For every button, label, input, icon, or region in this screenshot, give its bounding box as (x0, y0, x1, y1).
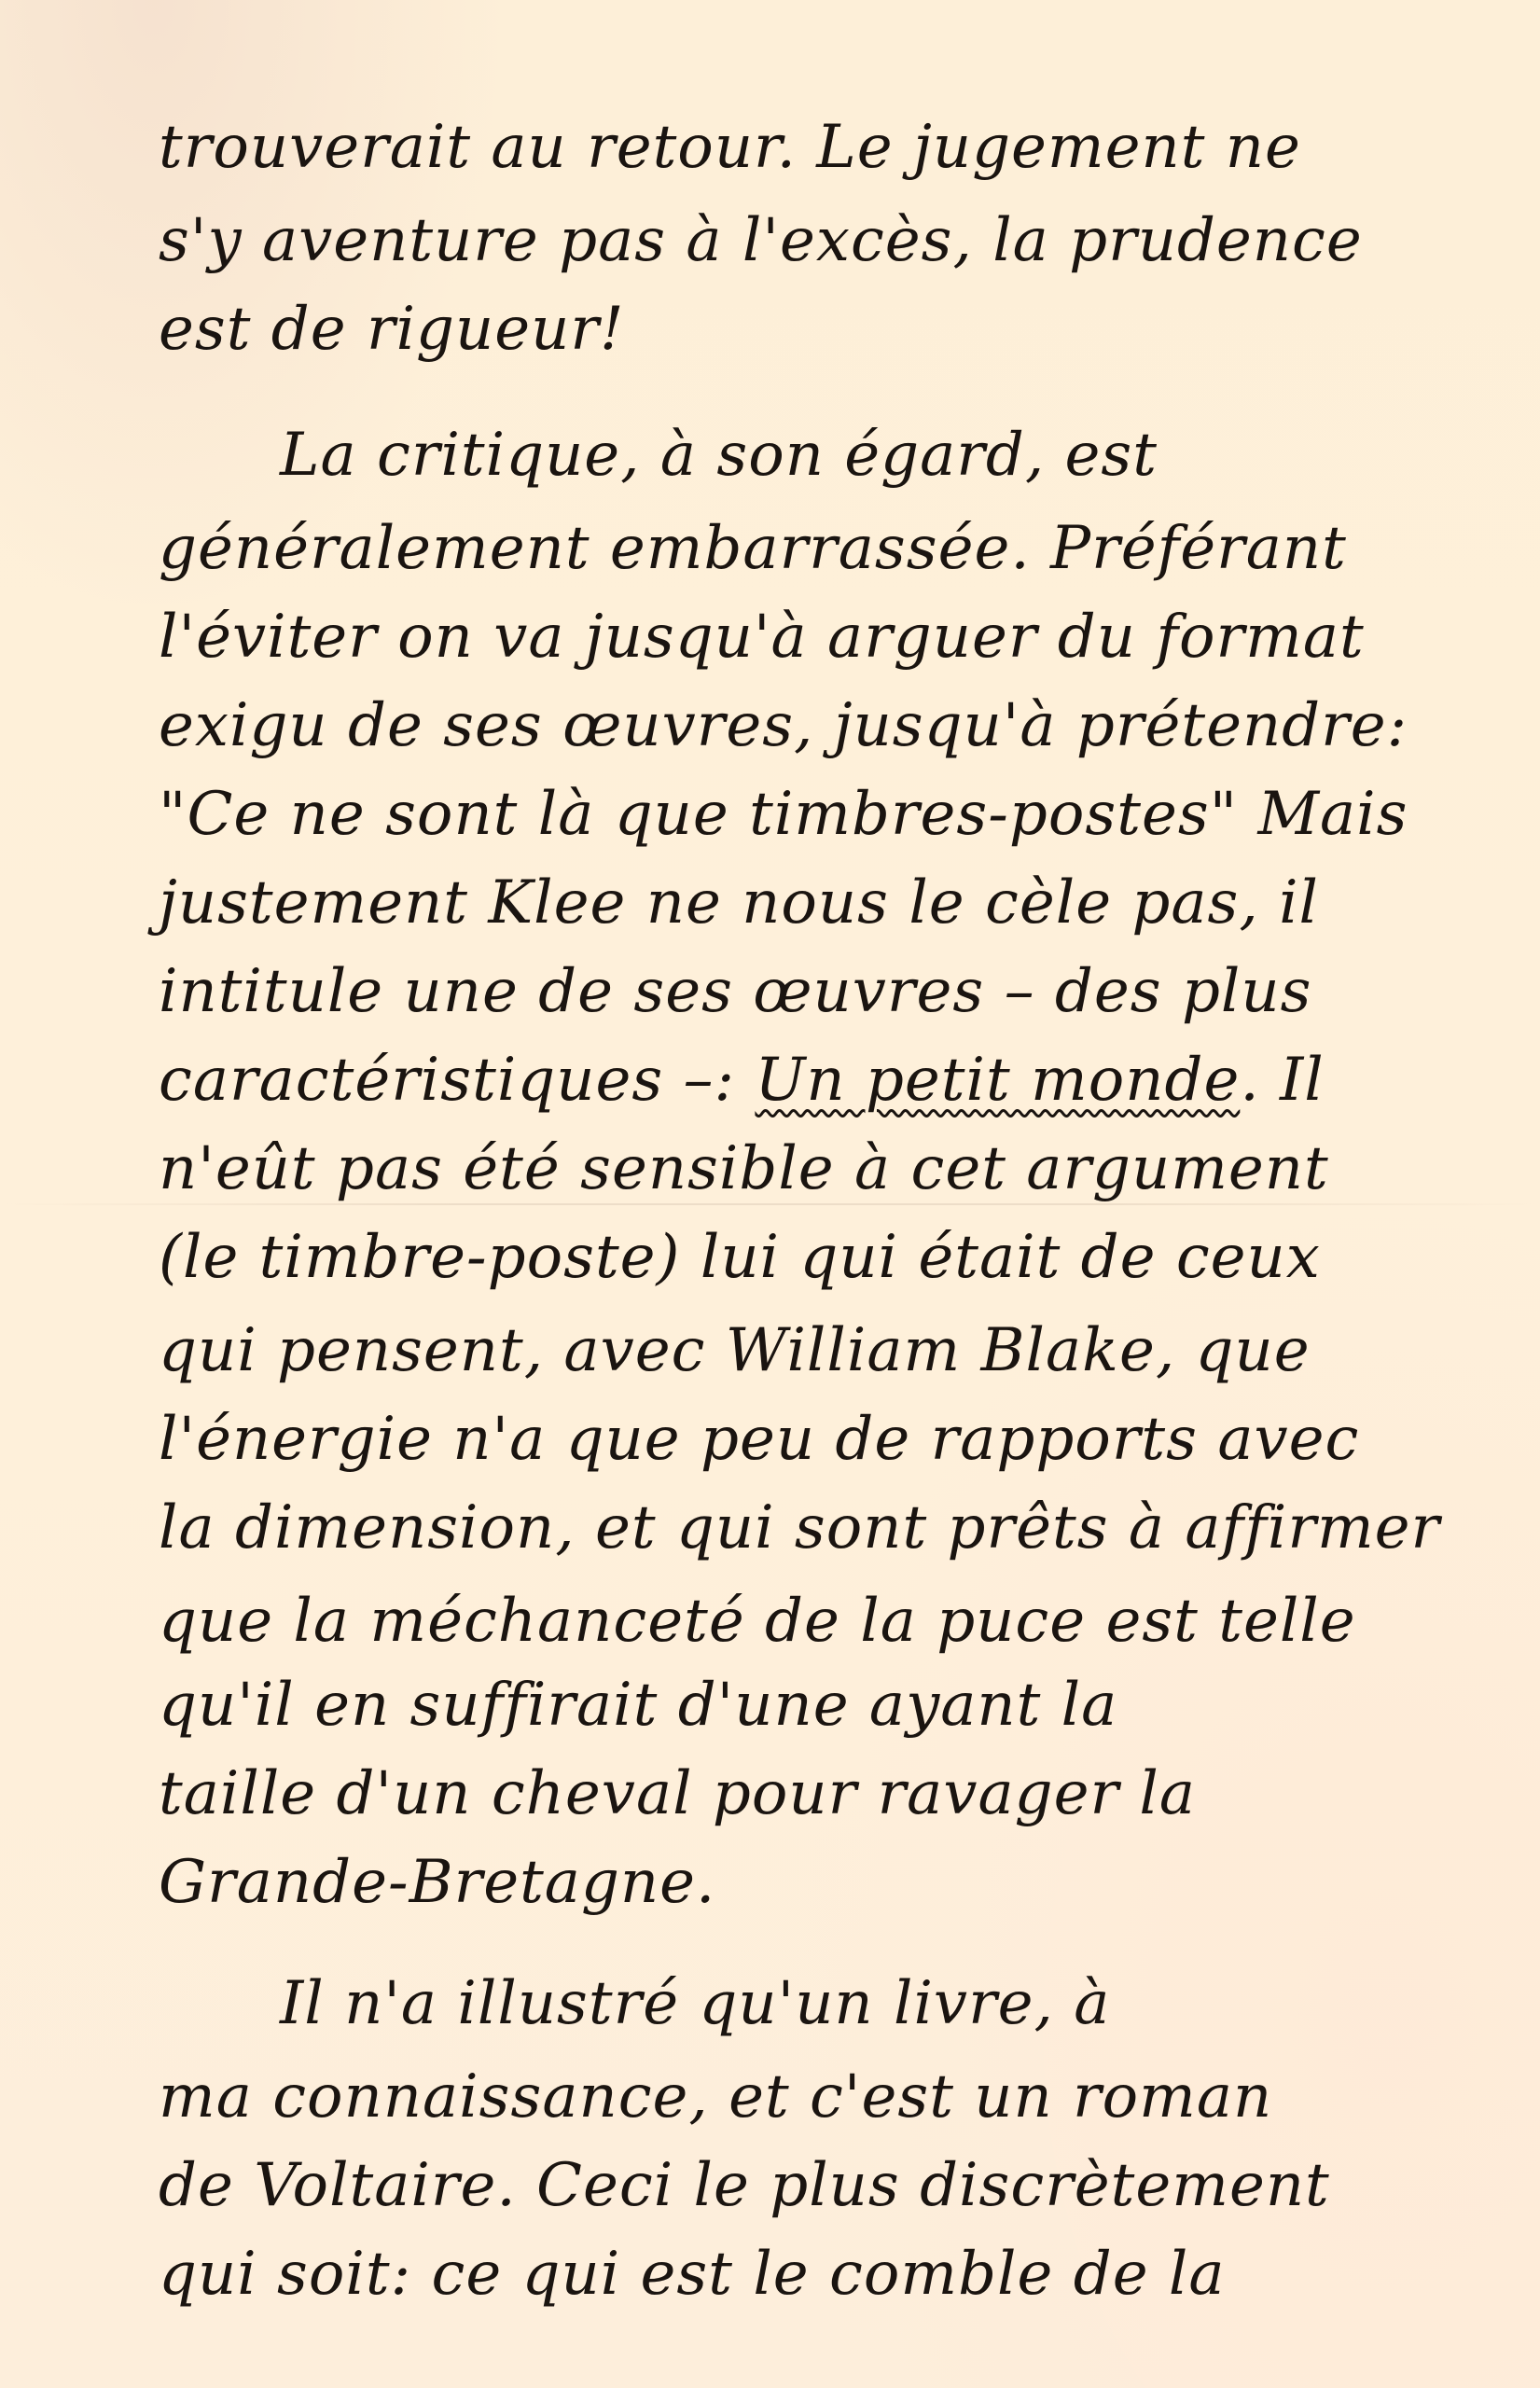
letter-line: la dimension, et qui sont prêts à affirm… (159, 1491, 1440, 1565)
letter-line: s'y aventure pas à l'excès, la prudence (159, 203, 1363, 278)
letter-line: ma connaissance, et c'est un roman (159, 2060, 1272, 2134)
letter-line: qui pensent, avec William Blake, que (159, 1313, 1311, 1388)
artwork-title: Un petit monde (755, 1046, 1240, 1115)
letter-line: n'eût pas été sensible à cet argument (159, 1132, 1329, 1206)
letter-line: taille d'un cheval pour ravager la (159, 1756, 1196, 1831)
letter-line: l'énergie n'a que peu de rapports avec (159, 1402, 1359, 1477)
letter-line: Grande-Bretagne. (159, 1845, 715, 1920)
letter-line: de Voltaire. Ceci le plus discrètement (159, 2148, 1330, 2223)
line-text-after: . Il (1240, 1046, 1324, 1115)
letter-page: trouverait au retour. Le jugement ne s'y… (0, 0, 1540, 2388)
letter-line-with-title: caractéristiques –: Un petit monde. Il (159, 1043, 1325, 1118)
paragraph-start-line: La critique, à son égard, est (280, 418, 1158, 493)
letter-line: que la méchanceté de la puce est telle (159, 1584, 1356, 1659)
line-text-before: caractéristiques –: (159, 1046, 755, 1115)
letter-line: qui soit: ce qui est le comble de la (159, 2237, 1226, 2312)
letter-line: qu'il en suffirait d'une ayant la (159, 1668, 1117, 1742)
letter-line: exigu de ses œuvres, jusqu'à prétendre: (159, 688, 1408, 763)
paragraph-start-line: Il n'a illustré qu'un livre, à (280, 1966, 1110, 2041)
letter-line: trouverait au retour. Le jugement ne (159, 110, 1301, 185)
letter-line: est de rigueur! (159, 292, 625, 367)
letter-line: généralement embarrassée. Préférant (159, 511, 1347, 586)
letter-line: l'éviter on va jusqu'à arguer du format (159, 600, 1365, 674)
letter-line: (le timbre-poste) lui qui était de ceux (159, 1220, 1321, 1295)
letter-line: justement Klee ne nous le cèle pas, il (159, 866, 1319, 940)
letter-line: "Ce ne sont là que timbres-postes" Mais (159, 777, 1408, 852)
letter-line: intitule une de ses œuvres – des plus (159, 954, 1311, 1029)
